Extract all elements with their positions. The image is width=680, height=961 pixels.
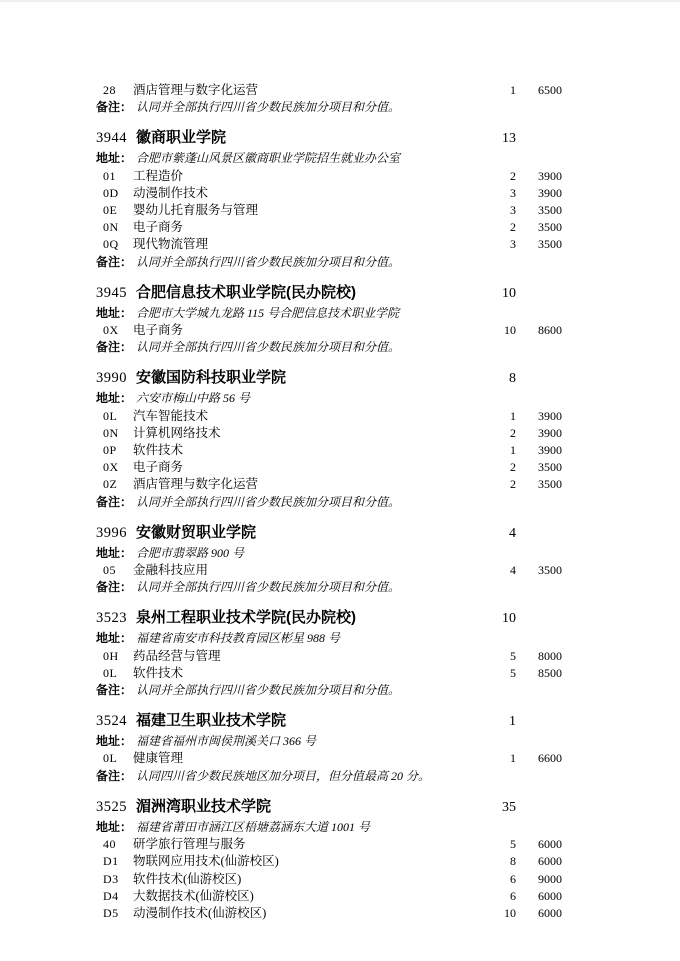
remark-label: 备注： (96, 768, 132, 785)
major-name: 物联网应用技术(仙游校区) (133, 853, 480, 870)
major-plan-count: 5 (480, 648, 516, 665)
school-total-count: 10 (480, 283, 516, 304)
major-list: 0L 健康管理 1 6600 (96, 750, 562, 767)
major-name: 婴幼儿托育服务与管理 (133, 202, 480, 219)
school-total-count: 4 (480, 523, 516, 544)
address-row: 地址： 六安市梅山中路 56 号 (96, 390, 562, 407)
remark-row: 备注： 认同并全部执行四川省少数民族加分项目和分值。 (96, 579, 562, 596)
major-code: 0Q (103, 236, 127, 253)
remark-row: 备注： 认同并全部执行四川省少数民族加分项目和分值。 (96, 682, 562, 699)
school-title: 3945合肥信息技术职业学院(民办院校) (96, 282, 480, 304)
address-label: 地址： (96, 305, 132, 322)
school-name: 徽商职业学院 (136, 129, 226, 146)
remark-label: 备注： (96, 682, 132, 699)
school-code: 3525 (96, 799, 127, 815)
major-name: 软件技术 (133, 665, 480, 682)
major-name: 药品经营与管理 (133, 648, 480, 665)
major-plan-count: 8 (480, 853, 516, 870)
major-name: 计算机网络技术 (133, 425, 480, 442)
major-list: 0X 电子商务 10 8600 (96, 322, 562, 339)
major-row: 0L 健康管理 1 6600 (96, 750, 562, 767)
major-code: 0L (103, 665, 127, 682)
school-name: 泉州工程职业技术学院(民办院校) (136, 609, 356, 626)
major-row: 28 酒店管理与数字化运营 1 6500 (96, 82, 562, 99)
address-row: 地址： 福建省南安市科技教育园区彬星 988 号 (96, 630, 562, 647)
major-plan-count: 3 (480, 236, 516, 253)
school-header-row: 3945合肥信息技术职业学院(民办院校) 10 (96, 282, 562, 304)
school-section: 3944徽商职业学院 13 地址： 合肥市紫蓬山风景区徽商职业学院招生就业办公室… (96, 127, 562, 270)
address-row: 地址： 合肥市大学城九龙路 115 号合肥信息技术职业学院 (96, 305, 562, 322)
major-row: 0L 软件技术 5 8500 (96, 665, 562, 682)
address-value: 合肥市翡翠路 900 号 (136, 545, 562, 562)
major-code: 0N (103, 219, 127, 236)
major-row: D5 动漫制作技术(仙游校区) 10 6000 (96, 905, 562, 922)
major-name: 研学旅行管理与服务 (133, 836, 480, 853)
major-list: 0L 汽车智能技术 1 3900 0N 计算机网络技术 2 3900 0P 软件… (96, 408, 562, 494)
school-total-count: 10 (480, 608, 516, 629)
major-code: 0P (103, 442, 127, 459)
major-name: 汽车智能技术 (133, 408, 480, 425)
major-fee: 3500 (516, 562, 562, 579)
remark-label: 备注： (96, 339, 132, 356)
major-fee: 9000 (516, 871, 562, 888)
major-plan-count: 1 (480, 408, 516, 425)
document-page: 28 酒店管理与数字化运营 1 6500 备注： 认同并全部执行四川省少数民族加… (0, 0, 680, 961)
major-code: 0X (103, 459, 127, 476)
remark-text: 认同并全部执行四川省少数民族加分项目和分值。 (136, 682, 562, 699)
school-title: 3990安徽国防科技职业学院 (96, 367, 480, 389)
school-section: 3945合肥信息技术职业学院(民办院校) 10 地址： 合肥市大学城九龙路 11… (96, 282, 562, 357)
major-plan-count: 3 (480, 202, 516, 219)
major-row: 0L 汽车智能技术 1 3900 (96, 408, 562, 425)
school-name: 合肥信息技术职业学院(民办院校) (136, 284, 356, 301)
school-header-row: 3523泉州工程职业技术学院(民办院校) 10 (96, 607, 562, 629)
major-fee: 8500 (516, 665, 562, 682)
school-code: 3945 (96, 285, 127, 301)
major-fee: 6000 (516, 853, 562, 870)
major-code: D3 (103, 871, 127, 888)
major-plan-count: 5 (480, 836, 516, 853)
major-code: 40 (103, 836, 127, 853)
major-plan-count: 2 (480, 219, 516, 236)
school-code: 3523 (96, 610, 127, 626)
major-plan-count: 6 (480, 871, 516, 888)
remark-row: 备注： 认同并全部执行四川省少数民族加分项目和分值。 (96, 99, 562, 116)
major-fee: 6000 (516, 836, 562, 853)
address-label: 地址： (96, 733, 132, 750)
major-row: 40 研学旅行管理与服务 5 6000 (96, 836, 562, 853)
major-fee: 6000 (516, 888, 562, 905)
major-row: 0N 计算机网络技术 2 3900 (96, 425, 562, 442)
major-code: 0N (103, 425, 127, 442)
major-list: 05 金融科技应用 4 3500 (96, 562, 562, 579)
major-plan-count: 1 (480, 750, 516, 767)
major-row: D4 大数据技术(仙游校区) 6 6000 (96, 888, 562, 905)
major-row: 0D 动漫制作技术 3 3900 (96, 185, 562, 202)
school-header-row: 3990安徽国防科技职业学院 8 (96, 367, 562, 389)
major-code: 0X (103, 322, 127, 339)
document-body: 28 酒店管理与数字化运营 1 6500 备注： 认同并全部执行四川省少数民族加… (96, 82, 562, 922)
major-plan-count: 4 (480, 562, 516, 579)
school-total-count: 13 (480, 128, 516, 149)
major-fee: 3900 (516, 442, 562, 459)
major-plan-count: 2 (480, 476, 516, 493)
major-fee: 3500 (516, 236, 562, 253)
major-row: 0P 软件技术 1 3900 (96, 442, 562, 459)
address-value: 六安市梅山中路 56 号 (136, 390, 562, 407)
remark-text: 认同四川省少数民族地区加分项目，但分值最高 20 分。 (136, 768, 562, 785)
address-label: 地址： (96, 390, 132, 407)
major-list: 01 工程造价 2 3900 0D 动漫制作技术 3 3900 0E 婴幼儿托育… (96, 168, 562, 254)
major-name: 电子商务 (133, 322, 480, 339)
major-fee: 8000 (516, 648, 562, 665)
major-code: 0Z (103, 476, 127, 493)
school-header-row: 3996安徽财贸职业学院 4 (96, 522, 562, 544)
school-code: 3524 (96, 713, 127, 729)
school-name: 湄洲湾职业技术学院 (136, 798, 271, 815)
major-code: 0H (103, 648, 127, 665)
major-row: 0E 婴幼儿托育服务与管理 3 3500 (96, 202, 562, 219)
major-name: 动漫制作技术(仙游校区) (133, 905, 480, 922)
major-plan-count: 5 (480, 665, 516, 682)
major-code: 0L (103, 750, 127, 767)
major-plan-count: 6 (480, 888, 516, 905)
major-fee: 3900 (516, 185, 562, 202)
school-name: 福建卫生职业技术学院 (136, 712, 286, 729)
school-title: 3523泉州工程职业技术学院(民办院校) (96, 607, 480, 629)
major-name: 酒店管理与数字化运营 (133, 82, 480, 99)
major-plan-count: 1 (480, 442, 516, 459)
major-code: 28 (103, 82, 127, 99)
major-code: 0E (103, 202, 127, 219)
major-fee: 3900 (516, 408, 562, 425)
remark-row: 备注： 认同四川省少数民族地区加分项目，但分值最高 20 分。 (96, 768, 562, 785)
major-plan-count: 3 (480, 185, 516, 202)
major-list: 28 酒店管理与数字化运营 1 6500 (96, 82, 562, 99)
school-section: 3523泉州工程职业技术学院(民办院校) 10 地址： 福建省南安市科技教育园区… (96, 607, 562, 699)
school-title: 3996安徽财贸职业学院 (96, 522, 480, 544)
major-name: 健康管理 (133, 750, 480, 767)
address-value: 合肥市大学城九龙路 115 号合肥信息技术职业学院 (136, 305, 562, 322)
major-row: D1 物联网应用技术(仙游校区) 8 6000 (96, 853, 562, 870)
major-fee: 3500 (516, 202, 562, 219)
remark-row: 备注： 认同并全部执行四川省少数民族加分项目和分值。 (96, 339, 562, 356)
remark-text: 认同并全部执行四川省少数民族加分项目和分值。 (136, 339, 562, 356)
address-value: 福建省南安市科技教育园区彬星 988 号 (136, 630, 562, 647)
major-fee: 6000 (516, 905, 562, 922)
address-label: 地址： (96, 819, 132, 836)
major-fee: 3500 (516, 476, 562, 493)
major-list: 40 研学旅行管理与服务 5 6000 D1 物联网应用技术(仙游校区) 8 6… (96, 836, 562, 922)
major-name: 软件技术(仙游校区) (133, 871, 480, 888)
major-fee: 3900 (516, 168, 562, 185)
remark-text: 认同并全部执行四川省少数民族加分项目和分值。 (136, 579, 562, 596)
address-row: 地址： 福建省莆田市涵江区梧塘荔涵东大道 1001 号 (96, 819, 562, 836)
school-header-row: 3944徽商职业学院 13 (96, 127, 562, 149)
school-total-count: 8 (480, 368, 516, 389)
major-fee: 6600 (516, 750, 562, 767)
remark-label: 备注： (96, 494, 132, 511)
school-code: 3944 (96, 130, 127, 146)
school-title: 3525湄洲湾职业技术学院 (96, 796, 480, 818)
major-plan-count: 10 (480, 322, 516, 339)
school-code: 3990 (96, 370, 127, 386)
major-name: 酒店管理与数字化运营 (133, 476, 480, 493)
remark-text: 认同并全部执行四川省少数民族加分项目和分值。 (136, 254, 562, 271)
major-plan-count: 2 (480, 459, 516, 476)
major-row: 05 金融科技应用 4 3500 (96, 562, 562, 579)
school-total-count: 35 (480, 797, 516, 818)
address-label: 地址： (96, 630, 132, 647)
major-row: 0X 电子商务 10 8600 (96, 322, 562, 339)
school-section: 3990安徽国防科技职业学院 8 地址： 六安市梅山中路 56 号 0L 汽车智… (96, 367, 562, 510)
major-list: 0H 药品经营与管理 5 8000 0L 软件技术 5 8500 (96, 648, 562, 682)
major-row: 0Z 酒店管理与数字化运营 2 3500 (96, 476, 562, 493)
school-name: 安徽财贸职业学院 (136, 524, 256, 541)
major-row: 0H 药品经营与管理 5 8000 (96, 648, 562, 665)
remark-text: 认同并全部执行四川省少数民族加分项目和分值。 (136, 99, 562, 116)
remark-label: 备注： (96, 254, 132, 271)
address-value: 合肥市紫蓬山风景区徽商职业学院招生就业办公室 (136, 150, 562, 167)
school-total-count: 1 (480, 711, 516, 732)
major-code: 05 (103, 562, 127, 579)
major-plan-count: 10 (480, 905, 516, 922)
major-name: 电子商务 (133, 219, 480, 236)
major-row: 0X 电子商务 2 3500 (96, 459, 562, 476)
major-plan-count: 2 (480, 168, 516, 185)
address-value: 福建省福州市闽侯荆溪关口 366 号 (136, 733, 562, 750)
address-row: 地址： 福建省福州市闽侯荆溪关口 366 号 (96, 733, 562, 750)
school-header-row: 3525湄洲湾职业技术学院 35 (96, 796, 562, 818)
major-fee: 3500 (516, 459, 562, 476)
major-name: 工程造价 (133, 168, 480, 185)
major-fee: 6500 (516, 82, 562, 99)
major-name: 软件技术 (133, 442, 480, 459)
school-title: 3524福建卫生职业技术学院 (96, 710, 480, 732)
remark-label: 备注： (96, 99, 132, 116)
major-name: 动漫制作技术 (133, 185, 480, 202)
school-header-row: 3524福建卫生职业技术学院 1 (96, 710, 562, 732)
major-name: 电子商务 (133, 459, 480, 476)
major-row: 01 工程造价 2 3900 (96, 168, 562, 185)
remark-label: 备注： (96, 579, 132, 596)
major-fee: 8600 (516, 322, 562, 339)
major-code: 0D (103, 185, 127, 202)
major-fee: 3500 (516, 219, 562, 236)
address-value: 福建省莆田市涵江区梧塘荔涵东大道 1001 号 (136, 819, 562, 836)
school-section: 3996安徽财贸职业学院 4 地址： 合肥市翡翠路 900 号 05 金融科技应… (96, 522, 562, 597)
school-section: 28 酒店管理与数字化运营 1 6500 备注： 认同并全部执行四川省少数民族加… (96, 82, 562, 116)
major-plan-count: 1 (480, 82, 516, 99)
remark-row: 备注： 认同并全部执行四川省少数民族加分项目和分值。 (96, 254, 562, 271)
remark-text: 认同并全部执行四川省少数民族加分项目和分值。 (136, 494, 562, 511)
school-title: 3944徽商职业学院 (96, 127, 480, 149)
major-name: 金融科技应用 (133, 562, 480, 579)
major-name: 现代物流管理 (133, 236, 480, 253)
school-section: 3525湄洲湾职业技术学院 35 地址： 福建省莆田市涵江区梧塘荔涵东大道 10… (96, 796, 562, 922)
major-code: 01 (103, 168, 127, 185)
major-plan-count: 2 (480, 425, 516, 442)
school-section: 3524福建卫生职业技术学院 1 地址： 福建省福州市闽侯荆溪关口 366 号 … (96, 710, 562, 785)
school-code: 3996 (96, 525, 127, 541)
major-code: D1 (103, 853, 127, 870)
major-fee: 3900 (516, 425, 562, 442)
major-code: 0L (103, 408, 127, 425)
major-row: 0Q 现代物流管理 3 3500 (96, 236, 562, 253)
address-row: 地址： 合肥市翡翠路 900 号 (96, 545, 562, 562)
address-label: 地址： (96, 545, 132, 562)
major-row: 0N 电子商务 2 3500 (96, 219, 562, 236)
major-row: D3 软件技术(仙游校区) 6 9000 (96, 871, 562, 888)
address-label: 地址： (96, 150, 132, 167)
remark-row: 备注： 认同并全部执行四川省少数民族加分项目和分值。 (96, 494, 562, 511)
major-name: 大数据技术(仙游校区) (133, 888, 480, 905)
major-code: D5 (103, 905, 127, 922)
school-name: 安徽国防科技职业学院 (136, 369, 286, 386)
address-row: 地址： 合肥市紫蓬山风景区徽商职业学院招生就业办公室 (96, 150, 562, 167)
major-code: D4 (103, 888, 127, 905)
